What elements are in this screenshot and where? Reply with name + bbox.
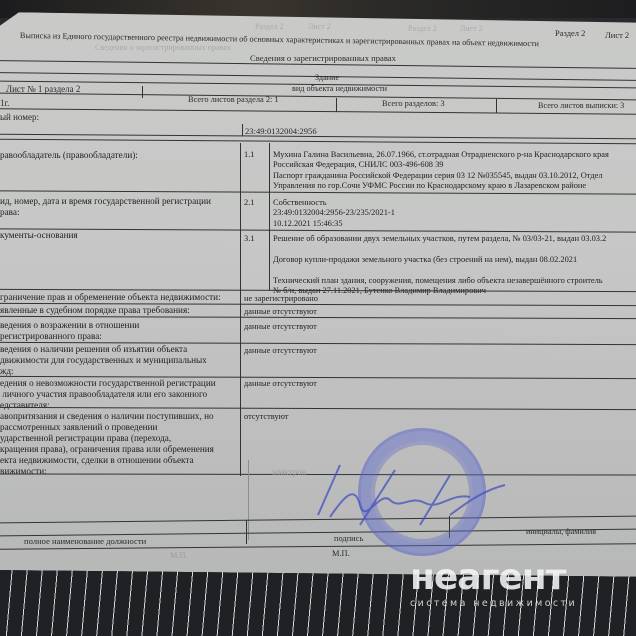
brand-watermark: неагент xyxy=(410,560,566,596)
rights-holder-label: равообладатель (правообладатели): xyxy=(0,150,138,161)
sheets-total: Всего листов выписки: 3 xyxy=(538,101,624,110)
divider xyxy=(242,124,243,136)
ghost-sheet-label-2: Лист 2 xyxy=(460,24,483,33)
impossibility-value: данные отсутствуют xyxy=(244,379,317,389)
column-divider xyxy=(240,290,241,476)
sheets-in-section: Всего листов раздела 2: 1 xyxy=(188,95,279,104)
claims-label: авопритязания и сведения о наличии посту… xyxy=(0,411,214,477)
ghost-section-label: Раздел 2 xyxy=(255,22,284,31)
ghost-subtitle: Сведения о зарегистрированных правах xyxy=(95,43,231,52)
row-number: 3.1 xyxy=(244,234,254,243)
object-type: Здание xyxy=(315,73,339,82)
position-caption: полное наименование должности xyxy=(24,536,146,546)
divider xyxy=(496,99,497,113)
encumbrance-label: граничение прав и обременение объекта не… xyxy=(0,292,221,303)
documents-value: Решение об образовании двух земельных уч… xyxy=(273,234,606,296)
sheet-label: Лист 2 xyxy=(605,30,629,40)
seal-right: М.П. xyxy=(332,549,350,558)
signature-caption: подпись xyxy=(334,534,363,543)
cadastral-number: 23:49:0132004:2956 xyxy=(245,126,317,136)
ghost-sheet-label: Лист 2 xyxy=(308,22,331,31)
documents-label: кументы-основания xyxy=(0,230,78,241)
row-number: 1.1 xyxy=(244,150,254,159)
court-claims-label: явленные в судебном порядке права требов… xyxy=(0,305,190,316)
document-subtitle: Сведения о зарегистрированных правах xyxy=(250,53,396,63)
objection-value: данные отсутствуют xyxy=(244,322,317,332)
divider xyxy=(336,98,337,112)
object-type-caption: вид объекта недвижимости xyxy=(292,84,387,93)
row-number: 2.1 xyxy=(244,198,254,207)
column-divider xyxy=(240,143,241,290)
divider xyxy=(142,86,143,98)
objection-label: ведения о возражении в отношении регистр… xyxy=(0,320,139,342)
handwritten-signature xyxy=(300,455,520,535)
seal-left: М.П. xyxy=(170,551,188,560)
column-divider xyxy=(269,143,270,290)
date-label: 1г. xyxy=(0,98,9,108)
seizure-value: данные отсутствуют xyxy=(244,346,317,356)
rights-holder-value: Мухина Галина Васильевна, 26.07.1966, ст… xyxy=(273,150,609,192)
initials-caption: инициалы, фамилия xyxy=(526,527,596,536)
sections-total: Всего разделов: 3 xyxy=(382,99,445,108)
seizure-label: ведения о наличии решения об изъятии объ… xyxy=(0,344,207,377)
claims-value: отсутствуют xyxy=(244,412,288,422)
ghost-section-label-2: Раздел 2 xyxy=(408,24,437,33)
registration-label: ид, номер, дата и время государственной … xyxy=(0,196,211,218)
divider xyxy=(246,520,247,544)
registration-value: Собственность 23:49:0132004:2956-23/235/… xyxy=(273,198,395,229)
divider xyxy=(248,460,249,540)
brand-tagline: система недвижимости xyxy=(410,598,577,609)
cadastral-label: ый номер: xyxy=(0,112,39,122)
section-label: Раздел 2 xyxy=(555,28,585,38)
